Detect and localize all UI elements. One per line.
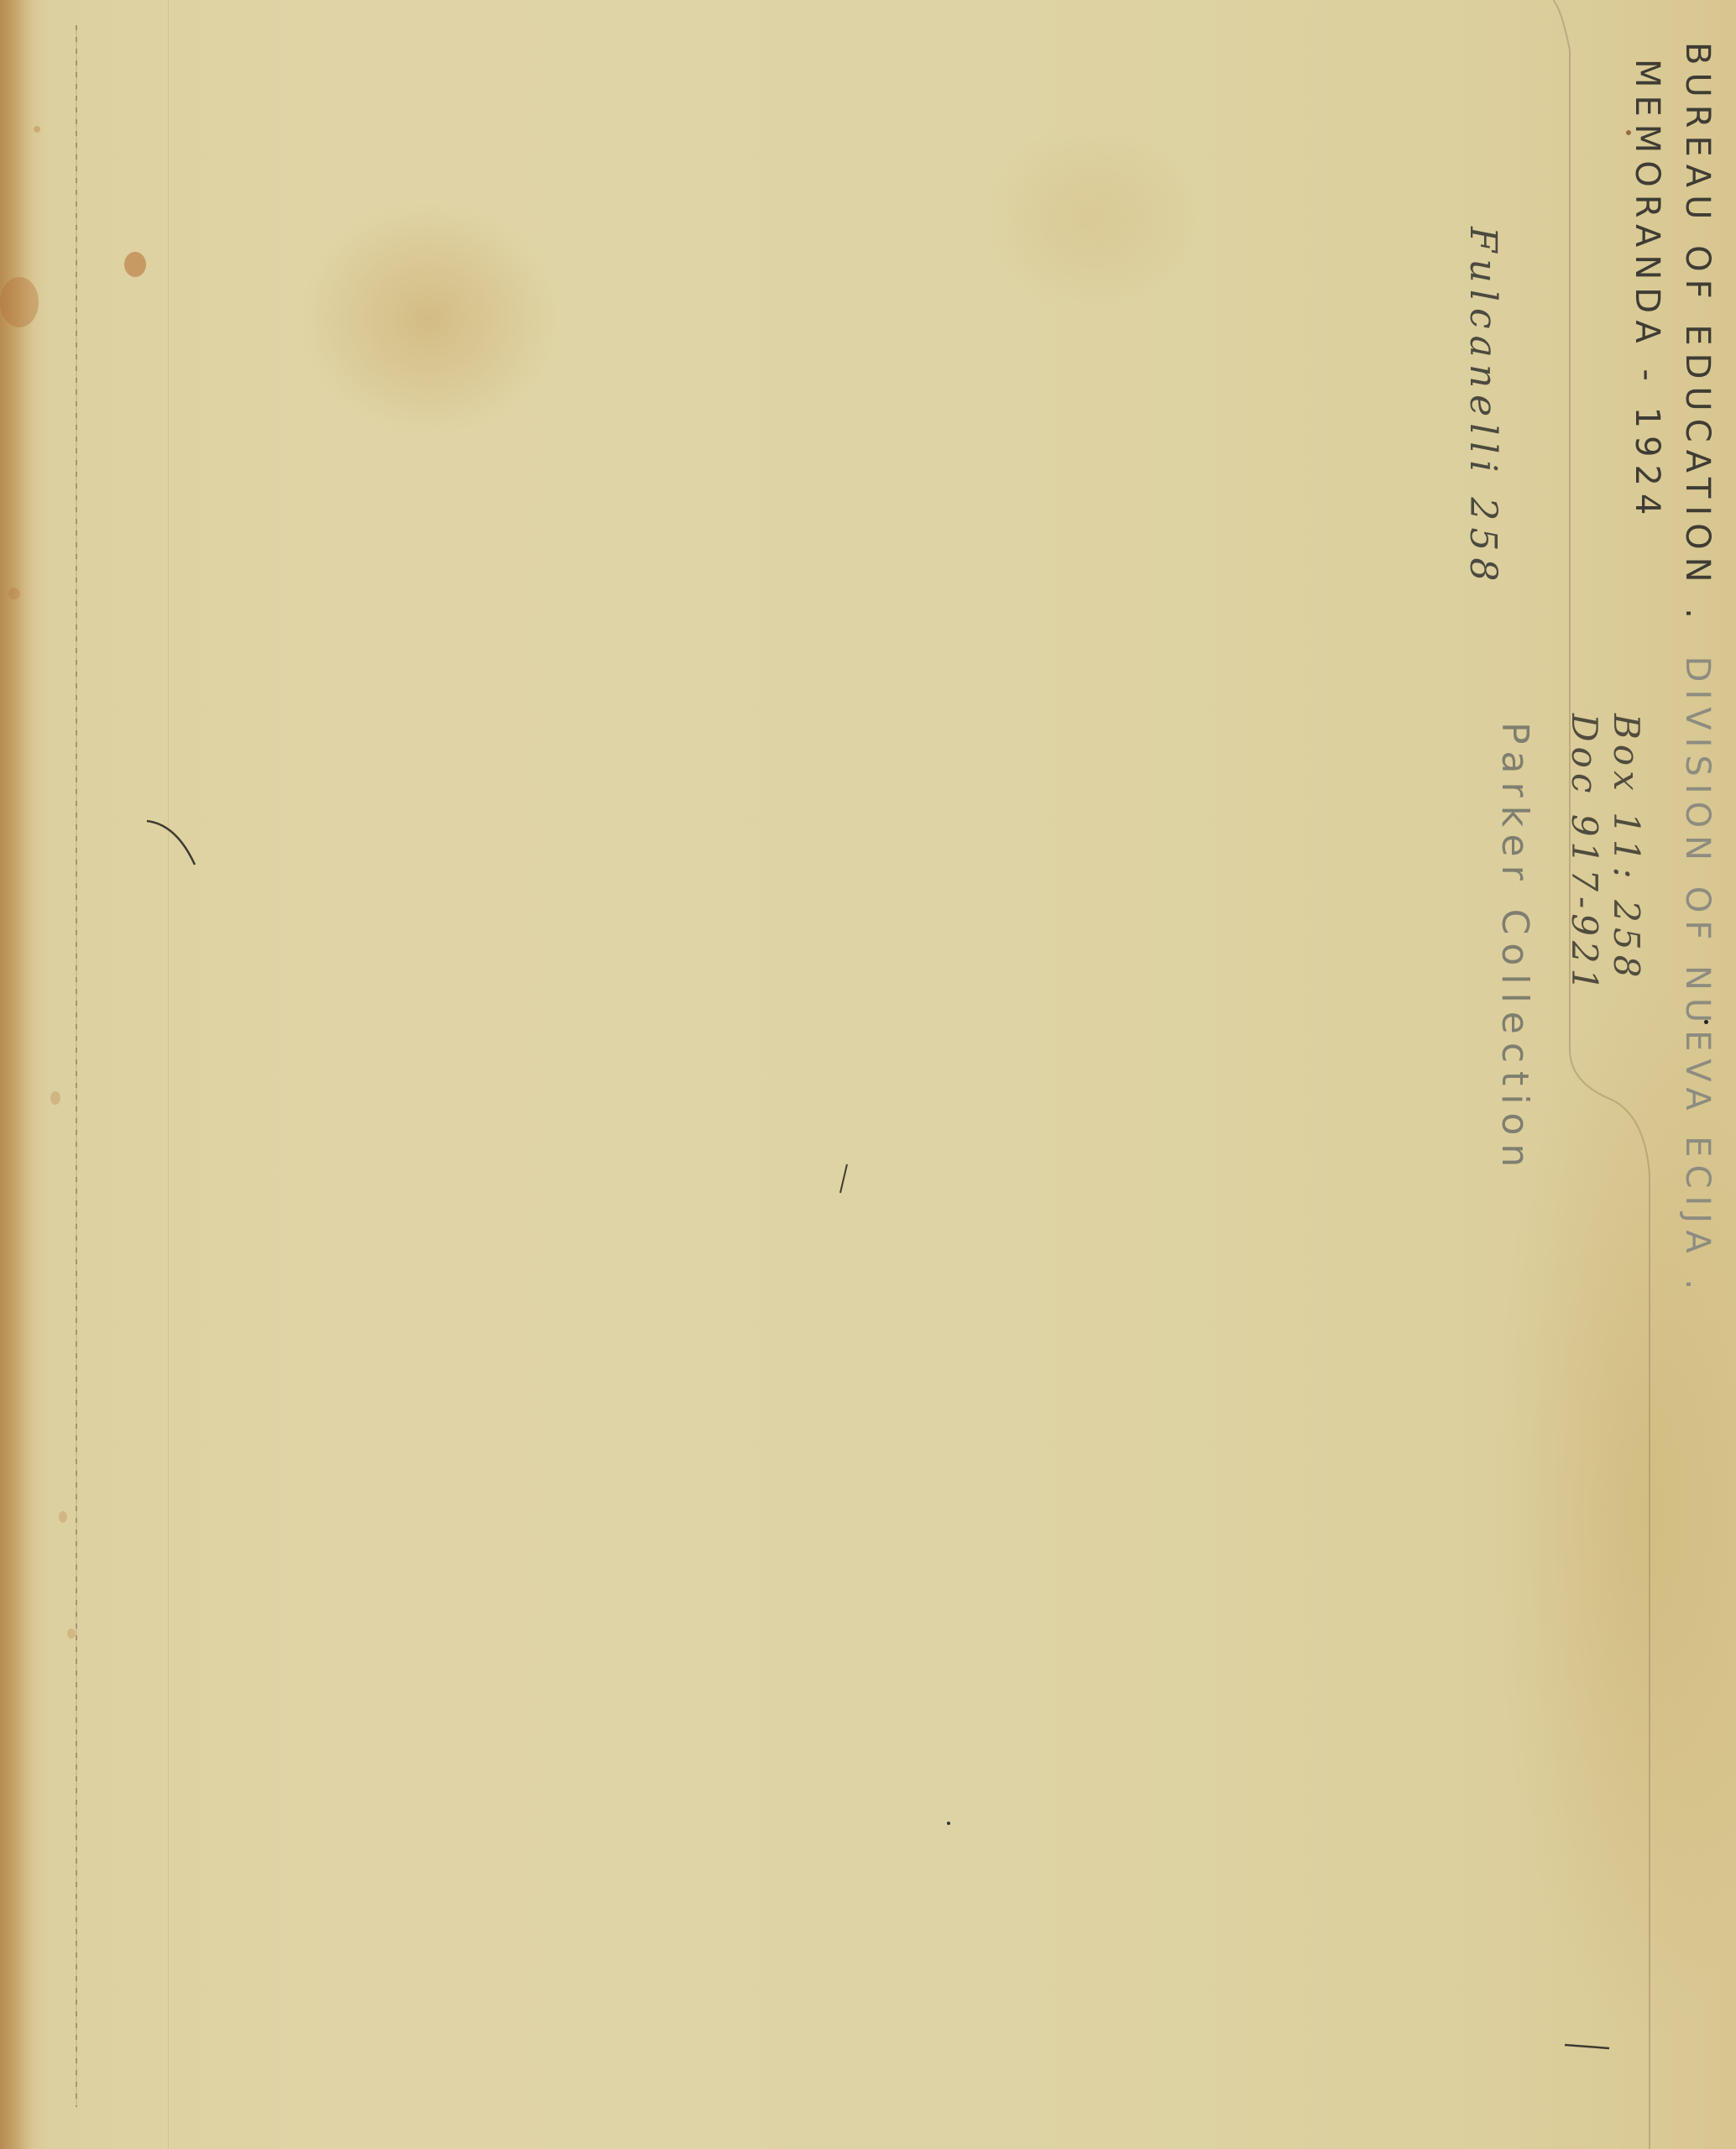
- score-line: [168, 0, 169, 2149]
- foxing-stain: [124, 252, 146, 277]
- foxing-stain: [59, 1511, 67, 1523]
- pencil-curve-mark: [143, 814, 210, 873]
- foxing-stain: [50, 1091, 60, 1105]
- foxing-stain: [67, 1629, 76, 1639]
- pencil-dot: [947, 1822, 950, 1825]
- heading-memoranda-1924: MEMORANDA - 1924: [1628, 59, 1666, 522]
- pencil-dash-mark: [1563, 2042, 1613, 2052]
- box-number: Box 11: 258: [1606, 714, 1647, 982]
- doc-range: Doc 917-921: [1564, 714, 1605, 996]
- folder-note: Fulcanelli 258: [1461, 227, 1504, 588]
- fold-crease-line: [76, 25, 77, 2107]
- heading-part-b: DIVISION OF NUEVA ECIJA .: [1678, 656, 1717, 1298]
- foxing-stain: [0, 277, 39, 327]
- foxing-stain: [8, 588, 20, 599]
- folder-page: BUREAU OF EDUCATION . DIVISION OF NUEVA …: [0, 0, 1736, 2149]
- heading-part-a: BUREAU OF EDUCATION .: [1678, 42, 1717, 626]
- heading-bureau-of-education: BUREAU OF EDUCATION . DIVISION OF NUEVA …: [1678, 42, 1717, 1297]
- collection-name: Parker Collection: [1493, 722, 1536, 1175]
- foxing-stain: [34, 126, 40, 133]
- pencil-tick-mark: [835, 1163, 852, 1196]
